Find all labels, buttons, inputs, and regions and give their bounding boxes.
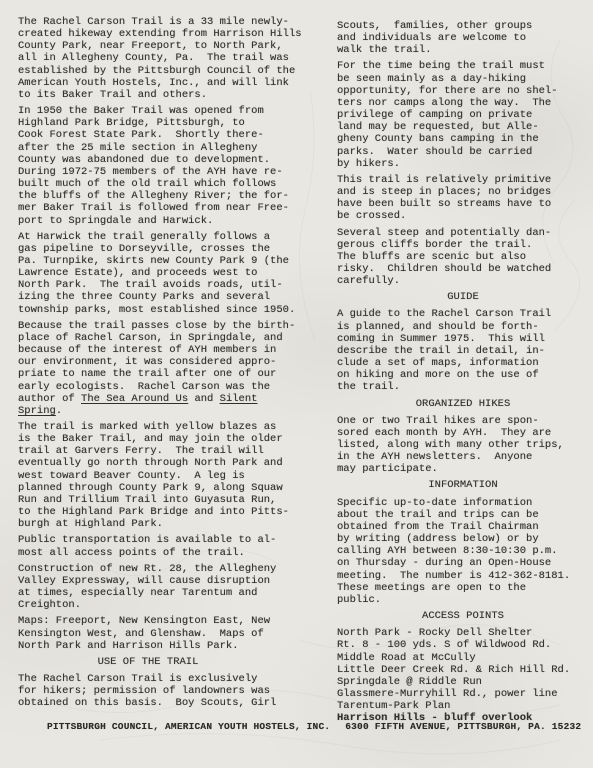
paragraph-dangerous-cliffs: Several steep and potentially dan- gerou… xyxy=(337,227,589,288)
paragraph-primitive-trail: This trail is relatively primitive and i… xyxy=(337,174,589,223)
naming-text-after: . xyxy=(56,405,62,417)
naming-text-between: and xyxy=(188,393,220,405)
paragraph-maps: Maps: Freeport, New Kensington East, New… xyxy=(18,615,308,651)
paragraph-guide: A guide to the Rachel Carson Trail is pl… xyxy=(337,308,589,393)
paragraph-organized-hikes: One or two Trail hikes are spon- sored e… xyxy=(337,415,589,476)
paragraph-trail-intro: The Rachel Carson Trail is a 33 mile new… xyxy=(18,16,308,101)
heading-organized-hikes: ORGANIZED HIKES xyxy=(337,398,589,410)
scanned-document-page: { "page": { "background_color": "#e9e7e2… xyxy=(0,0,593,768)
book-title-sea-around-us: The Sea Around Us xyxy=(81,393,188,405)
paragraph-trail-use: The Rachel Carson Trail is exclusively f… xyxy=(18,673,308,709)
footer-organization: PITTSBURGH COUNCIL, AMERICAN YOUTH HOSTE… xyxy=(47,721,330,732)
paragraph-rt28-construction: Construction of new Rt. 28, the Alleghen… xyxy=(18,563,308,612)
right-column: Scouts, families, other groups and indiv… xyxy=(337,20,589,728)
paragraph-welcome: Scouts, families, other groups and indiv… xyxy=(337,20,589,56)
paragraph-information: Specific up-to-date information about th… xyxy=(337,497,589,606)
paragraph-trail-route: At Harwick the trail generally follows a… xyxy=(18,231,308,316)
heading-guide: GUIDE xyxy=(337,291,589,303)
heading-information: INFORMATION xyxy=(337,479,589,491)
paragraph-yellow-blazes: The trail is marked with yellow blazes a… xyxy=(18,421,308,530)
access-points-list: North Park - Rocky Dell Shelter Rt. 8 - … xyxy=(337,627,589,724)
heading-access-points: ACCESS POINTS xyxy=(337,610,589,622)
paragraph-trail-naming: Because the trail passes close by the bi… xyxy=(18,320,308,417)
footer-address: 6300 FIFTH AVENUE, PITTSBURGH, PA. 15232 xyxy=(345,721,581,732)
paragraph-public-transportation: Public transportation is available to al… xyxy=(18,534,308,558)
access-points-lines: North Park - Rocky Dell Shelter Rt. 8 - … xyxy=(337,627,570,712)
page-footer: PITTSBURGH COUNCIL, AMERICAN YOUTH HOSTE… xyxy=(47,721,587,732)
paragraph-day-hiking: For the time being the trail must be see… xyxy=(337,60,589,169)
heading-use-of-the-trail: USE OF THE TRAIL xyxy=(18,656,308,668)
left-column: The Rachel Carson Trail is a 33 mile new… xyxy=(18,16,308,713)
paragraph-baker-history: In 1950 the Baker Trail was opened from … xyxy=(18,105,308,227)
